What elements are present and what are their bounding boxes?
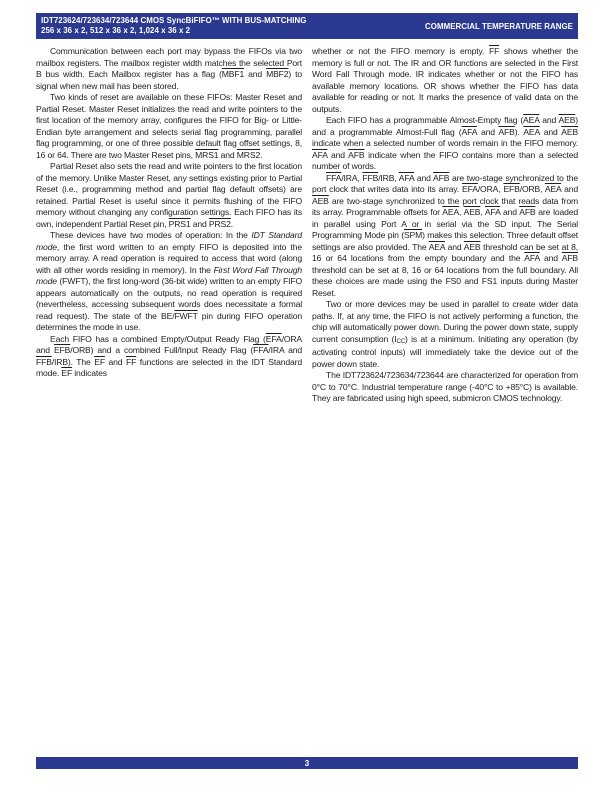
doc-title-line1: IDT723624/723634/723644 CMOS SyncBiFIFO™… [41,16,306,26]
header-bar: IDT723624/723634/723644 CMOS SyncBiFIFO™… [36,13,578,39]
doc-title-line2: 256 x 36 x 2, 512 x 36 x 2, 1,024 x 36 x… [41,26,306,36]
page-number: 3 [305,759,309,768]
paragraph: whether or not the FIFO memory is empty.… [312,46,578,115]
paragraph: The IDT723624/723634/723644 are characte… [312,370,578,405]
header-temp-range-label: COMMERCIAL TEMPERATURE RANGE [425,22,573,31]
paragraph: FFA/IRA, FFB/IRB, AFA and AFB are two-st… [312,173,578,300]
paragraph: Two or more devices may be used in paral… [312,299,578,370]
paragraph: Each FIFO has a programmable Almost-Empt… [312,115,578,173]
paragraph: Two kinds of reset are available on thes… [36,92,302,161]
paragraph: Communication between each port may bypa… [36,46,302,92]
paragraph: These devices have two modes of operatio… [36,230,302,334]
paragraph: Partial Reset also sets the read and wri… [36,161,302,230]
body-text: Communication between each port may bypa… [36,46,578,405]
datasheet-page: IDT723624/723634/723644 CMOS SyncBiFIFO™… [0,0,612,792]
footer-bar: 3 [36,757,578,769]
paragraph: Each FIFO has a combined Empty/Output Re… [36,334,302,380]
header-title-block: IDT723624/723634/723644 CMOS SyncBiFIFO™… [41,16,306,36]
right-column: whether or not the FIFO memory is empty.… [312,46,578,405]
left-column: Communication between each port may bypa… [36,46,302,405]
